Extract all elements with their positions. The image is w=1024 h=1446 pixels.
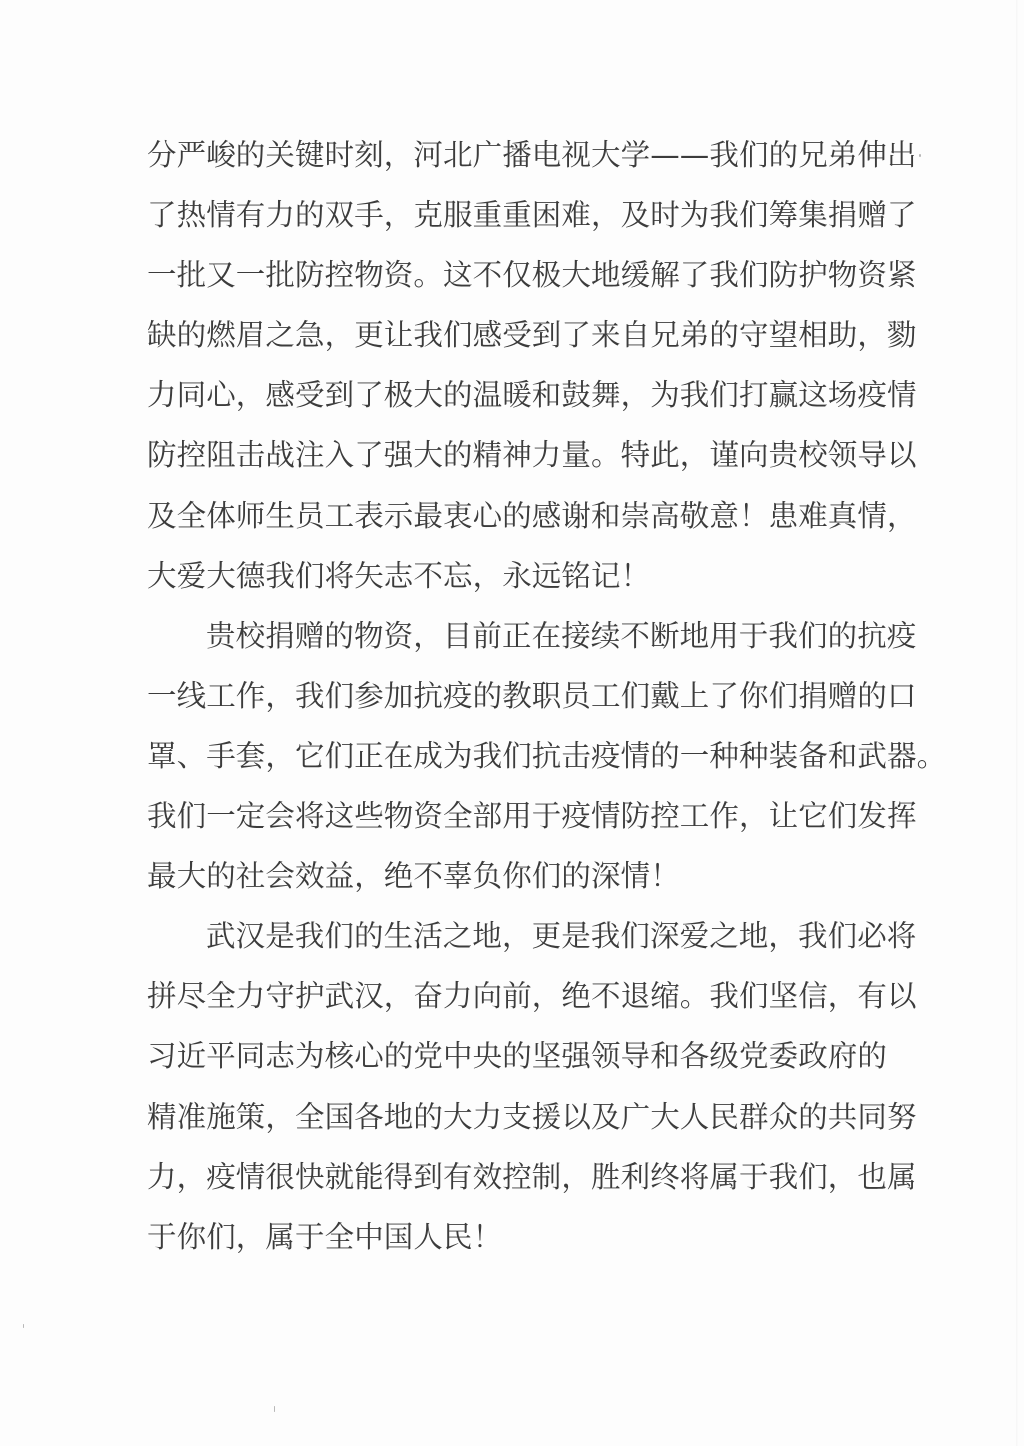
scan-speck xyxy=(274,1406,275,1412)
scan-speck xyxy=(23,1324,24,1328)
text-line: 拼尽全力守护武汉，奋力向前，绝不退缩。我们坚信，有以 xyxy=(147,966,861,1026)
text-line: 精准施策，全国各地的大力支援以及广大人民群众的共同努 xyxy=(147,1087,861,1147)
letter-body: 分严峻的关键时刻，河北广播电视大学——我们的兄弟伸出 了热情有力的双手，克服重重… xyxy=(147,125,861,1267)
text-line: 习近平同志为核心的党中央的坚强领导和各级党委政府的 xyxy=(147,1026,861,1086)
text-line: 分严峻的关键时刻，河北广播电视大学——我们的兄弟伸出 xyxy=(147,125,861,185)
text-line: 了热情有力的双手，克服重重困难，及时为我们筹集捐赠了 xyxy=(147,185,861,245)
text-line: 大爱大德我们将矢志不忘，永远铭记！ xyxy=(147,546,861,606)
text-line: 我们一定会将这些物资全部用于疫情防控工作，让它们发挥 xyxy=(147,786,861,846)
text-line: 及全体师生员工表示最衷心的感谢和崇高敬意！患难真情， xyxy=(147,486,861,546)
text-line: 缺的燃眉之急，更让我们感受到了来自兄弟的守望相助，勠 xyxy=(147,305,861,365)
page-edge-shadow xyxy=(1016,0,1018,1446)
scan-speck xyxy=(919,154,921,157)
paragraph-2: 贵校捐赠的物资，目前正在接续不断地用于我们的抗疫 一线工作，我们参加抗疫的教职员… xyxy=(147,606,861,906)
text-line: 最大的社会效益，绝不辜负你们的深情！ xyxy=(147,846,861,906)
text-line: 一批又一批防控物资。这不仅极大地缓解了我们防护物资紧 xyxy=(147,245,861,305)
text-line: 武汉是我们的生活之地，更是我们深爱之地，我们必将 xyxy=(147,906,861,966)
text-line: 防控阻击战注入了强大的精神力量。特此，谨向贵校领导以 xyxy=(147,425,861,485)
text-line: 罩、手套，它们正在成为我们抗击疫情的一种种装备和武器。 xyxy=(147,726,861,786)
text-line: 于你们，属于全中国人民！ xyxy=(147,1207,861,1267)
text-line: 贵校捐赠的物资，目前正在接续不断地用于我们的抗疫 xyxy=(147,606,861,666)
paragraph-3: 武汉是我们的生活之地，更是我们深爱之地，我们必将 拼尽全力守护武汉，奋力向前，绝… xyxy=(147,906,861,1267)
scanned-page: 分严峻的关键时刻，河北广播电视大学——我们的兄弟伸出 了热情有力的双手，克服重重… xyxy=(0,0,1024,1446)
paragraph-1: 分严峻的关键时刻，河北广播电视大学——我们的兄弟伸出 了热情有力的双手，克服重重… xyxy=(147,125,861,606)
text-line: 力，疫情很快就能得到有效控制，胜利终将属于我们，也属 xyxy=(147,1147,861,1207)
text-line: 力同心，感受到了极大的温暖和鼓舞，为我们打赢这场疫情 xyxy=(147,365,861,425)
text-line: 一线工作，我们参加抗疫的教职员工们戴上了你们捐赠的口 xyxy=(147,666,861,726)
